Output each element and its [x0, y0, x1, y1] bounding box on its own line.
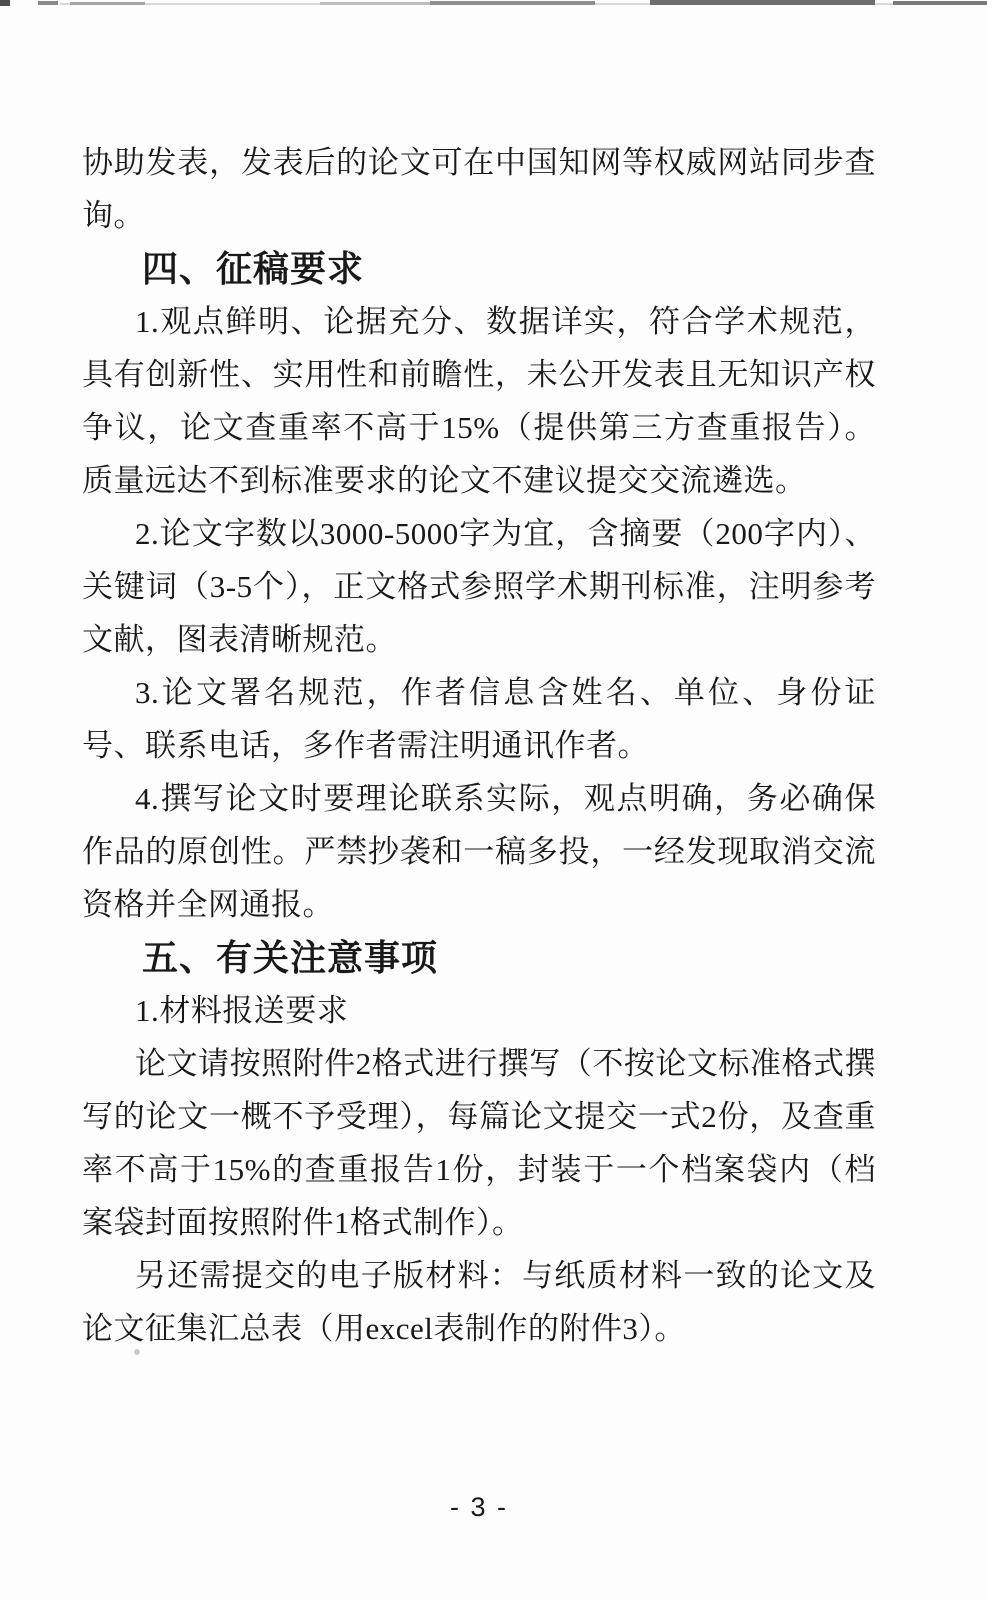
paragraph: 另还需提交的电子版材料：与纸质材料一致的论文及论文征集汇总表（用excel表制作…: [82, 1249, 876, 1355]
paragraph: 1.观点鲜明、论据充分、数据详实，符合学术规范，具有创新性、实用性和前瞻性，未公…: [82, 295, 876, 507]
scan-artifact: [0, 0, 10, 6]
paragraph: 2.论文字数以3000-5000字为宜，含摘要（200字内）、关键词（3-5个）…: [82, 507, 876, 666]
paragraph: 3.论文署名规范，作者信息含姓名、单位、身份证号、联系电话，多作者需注明通讯作者…: [82, 666, 876, 772]
scan-artifact: [650, 0, 875, 5]
paragraph: 论文请按照附件2格式进行撰写（不按论文标准格式撰写的论文一概不予受理），每篇论文…: [82, 1037, 876, 1249]
document-page: 协助发表，发表后的论文可在中国知网等权威网站同步查询。四、征稿要求1.观点鲜明、…: [0, 0, 987, 1600]
section-heading: 五、有关注意事项: [82, 931, 876, 984]
paragraph: 4.撰写论文时要理论联系实际，观点明确，务必确保作品的原创性。严禁抄袭和一稿多投…: [82, 772, 876, 931]
paragraph: 1.材料报送要求: [82, 984, 876, 1037]
paragraph: 协助发表，发表后的论文可在中国知网等权威网站同步查询。: [82, 136, 876, 242]
document-body: 协助发表，发表后的论文可在中国知网等权威网站同步查询。四、征稿要求1.观点鲜明、…: [82, 136, 876, 1355]
scan-artifact: [320, 2, 430, 5]
scan-artifact: [430, 1, 595, 5]
section-heading: 四、征稿要求: [82, 242, 876, 295]
scan-artifact: [893, 1, 987, 5]
page-number: - 3 -: [450, 1492, 508, 1522]
scan-artifact: [70, 2, 145, 5]
scan-artifact: [38, 1, 58, 5]
page-footer: - 3 -: [82, 1492, 876, 1523]
